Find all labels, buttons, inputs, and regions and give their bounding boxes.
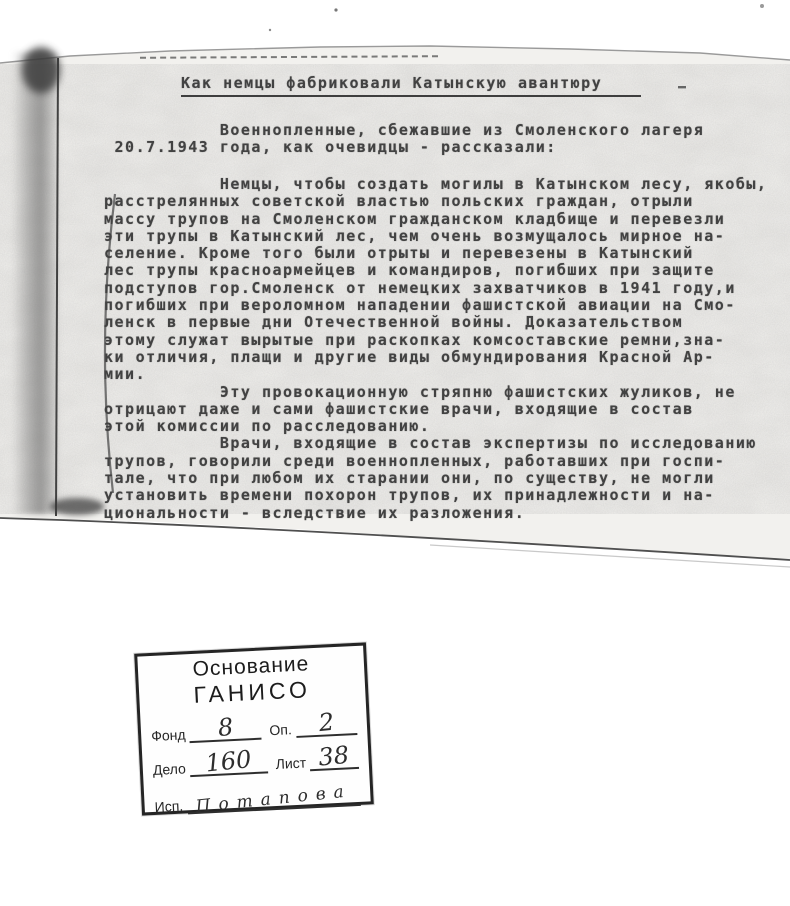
text-line: массу трупов на Смоленском гражданском к… <box>104 211 767 228</box>
scan-speck <box>334 8 337 11</box>
delo-value: 160 <box>204 747 252 776</box>
text-line: отрицают даже и сами фашистские врачи, в… <box>104 401 767 418</box>
text-line: ки отличия, плащи и другие виды обмундир… <box>104 349 767 366</box>
text-line: Немцы, чтобы создать могилы в Катынском … <box>104 176 767 193</box>
op-value: 2 <box>317 710 335 735</box>
body-paragraphs: Немцы, чтобы создать могилы в Катынском … <box>104 176 767 522</box>
text-line: установить времени похорон трупов, их пр… <box>104 487 767 504</box>
scan-speck <box>760 4 764 8</box>
archive-stamp: Основание ГАНИСО Фонд 8 Оп. 2 Дело 160 Л… <box>134 642 374 815</box>
intro-paragraph: Военнопленные, сбежавшие из Смоленского … <box>104 122 704 157</box>
text-line: эти трупы в Катынский лес, чем очень воз… <box>104 228 767 245</box>
scan-blotch-bottom-left <box>50 498 104 515</box>
scan-blotch-top-left <box>22 47 60 93</box>
delo-label: Дело <box>152 760 190 779</box>
text-line: 20.7.1943 года, как очевидцы - рассказал… <box>104 139 704 156</box>
text-line: подступов гор.Смоленск от немецких захва… <box>104 280 767 297</box>
text-line: Военнопленные, сбежавшие из Смоленского … <box>104 122 704 139</box>
fond-value: 8 <box>216 715 234 740</box>
delo-field: 160 <box>189 747 268 777</box>
text-line: этой комиссии по расследованию. <box>104 418 767 435</box>
list-field: 38 <box>309 743 359 771</box>
document-title: Как немцы фабриковали Катынскую авантюру <box>181 74 641 97</box>
scan-speck <box>269 29 271 31</box>
isp-label: Исп. <box>154 797 187 816</box>
binding-shadow <box>12 52 58 514</box>
fond-field: 8 <box>189 714 262 743</box>
text-line: этому служат вырытые при раскопках комсо… <box>104 332 767 349</box>
scanned-document-page: Как немцы фабриковали Катынскую авантюру… <box>0 0 790 906</box>
list-value: 38 <box>318 743 351 770</box>
text-line: Врачи, входящие в состав экспертизы по и… <box>104 435 767 452</box>
text-line: лес трупы красноармейцев и командиров, п… <box>104 262 767 279</box>
text-line: тале, что при любом их старании они, по … <box>104 470 767 487</box>
text-line: трупов, говорили среди военнопленных, ра… <box>104 453 767 470</box>
text-line: селение. Кроме того были отрыты и переве… <box>104 245 767 262</box>
text-line: ленск в первые дни Отечественной войны. … <box>104 314 767 331</box>
op-label: Оп. <box>269 721 296 739</box>
text-line: погибших при вероломном нападении фашист… <box>104 297 767 314</box>
text-line: мии. <box>104 366 767 383</box>
text-line: расстрелянных советской властью польских… <box>104 193 767 210</box>
text-line: Эту провокационную стряпню фашистских жу… <box>104 384 767 401</box>
op-field: 2 <box>295 709 357 738</box>
list-label: Лист <box>275 754 310 773</box>
fond-label: Фонд <box>151 726 190 745</box>
text-line: циональности - вследствие их разложения. <box>104 505 767 522</box>
scan-speck <box>678 86 686 88</box>
